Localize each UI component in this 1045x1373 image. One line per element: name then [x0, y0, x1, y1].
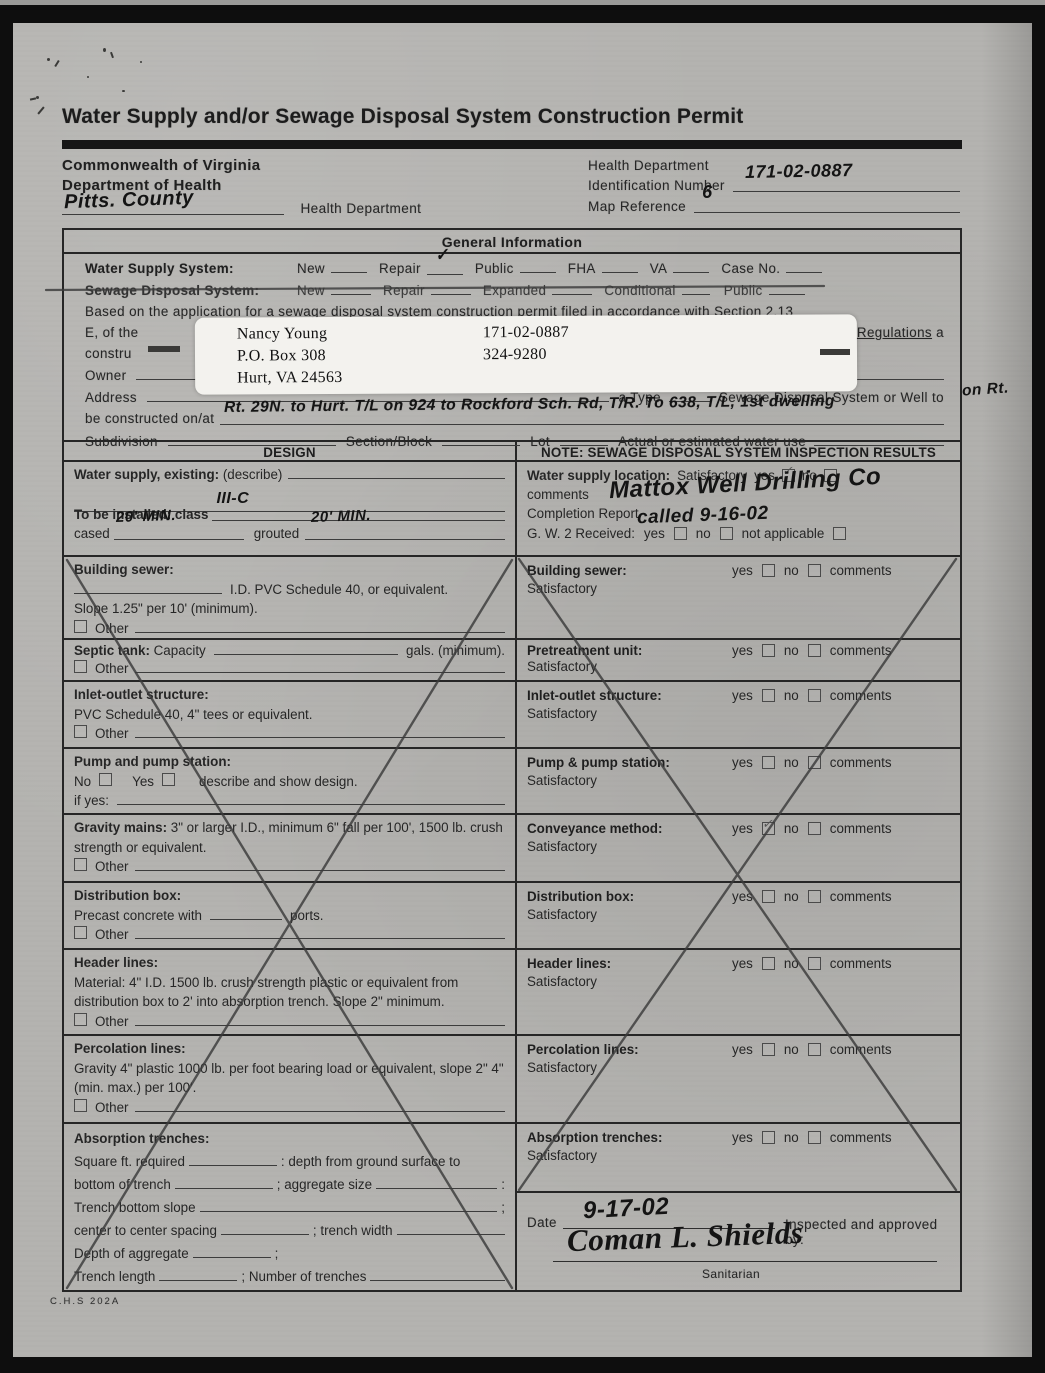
pump-describe-text: describe and show design.	[199, 772, 358, 792]
inspection-row-title: Absorption trenches:	[527, 1130, 723, 1145]
date-signature-subcell: Date 9-17-02 Inspected and approved by: …	[517, 1193, 960, 1291]
general-information-title: General Information	[64, 230, 960, 254]
inspection-distribution-cell: Distribution box: yes no comments Satisf…	[517, 883, 960, 948]
row-gravity-mains: Gravity mains: 3" or larger I.D., minimu…	[64, 815, 960, 883]
paragraph-text: a	[936, 325, 944, 340]
yes-label: yes	[732, 755, 753, 770]
paper-speck	[122, 90, 125, 92]
water-supply-system-label: Water Supply System:	[85, 261, 297, 276]
inlet-outlet-spec: PVC Schedule 40, 4" tees or equivalent.	[74, 705, 505, 725]
percolation-spec: Gravity 4" plastic 1000 lb. per foot bea…	[74, 1059, 505, 1098]
subdivision-label: Subdivision	[85, 434, 158, 449]
depth-aggregate-label: Depth of aggregate	[74, 1242, 189, 1265]
constructed-at-label: be constructed on/at	[85, 411, 214, 426]
trench-length-blank[interactable]	[159, 1268, 237, 1281]
yes-checkbox[interactable]	[762, 1131, 775, 1144]
design-inlet-outlet-cell: Inlet-outlet structure: PVC Schedule 40,…	[64, 682, 517, 747]
paper-speck	[140, 61, 142, 63]
local-health-dept-line: Pitts. County Health Department	[62, 200, 492, 218]
comments-label: comments	[830, 643, 892, 658]
yes-label: Yes	[132, 772, 154, 792]
row-water-supply: Water supply, existing: (describe) To be…	[64, 462, 960, 557]
other-checkbox[interactable]	[74, 1013, 87, 1026]
comments-label: comments	[830, 1130, 892, 1145]
no-label: no	[784, 643, 799, 658]
sticker-name: Nancy Young	[237, 325, 328, 343]
lot-blank[interactable]	[560, 433, 608, 446]
gravity-title: Gravity mains:	[74, 820, 167, 835]
option-new: New	[297, 261, 325, 276]
if-yes-label: if yes:	[74, 791, 109, 811]
scan-edge-strip	[0, 0, 1045, 5]
design-gravity-cell: Gravity mains: 3" or larger I.D., minimu…	[64, 815, 517, 881]
number-trenches-blank[interactable]	[370, 1268, 505, 1281]
address-label: Address	[85, 390, 137, 405]
no-label: No	[74, 772, 91, 792]
no-label: no	[696, 526, 711, 541]
yes-label: yes	[732, 563, 753, 578]
header-lines-spec: Material: 4" I.D. 1500 lb. crush strengt…	[74, 973, 505, 1012]
no-checkbox[interactable]	[808, 822, 821, 835]
gw2-na-checkbox[interactable]	[833, 527, 846, 540]
inspection-row-title: Building sewer:	[527, 563, 723, 578]
satisfactory-label: Satisfactory	[517, 836, 960, 857]
repair-blank[interactable]	[431, 282, 471, 295]
row-pump-station: Pump and pump station: NoYesdescribe and…	[64, 749, 960, 815]
approved-by-label: Inspected and approved by:	[785, 1217, 960, 1247]
absorption-title: Absorption trenches:	[74, 1131, 209, 1146]
ports-label: ports.	[290, 906, 324, 926]
subdivision-blank[interactable]	[168, 433, 336, 446]
map-reference-label: Map Reference	[588, 199, 686, 214]
hw-cased-value: 20' MIN.	[115, 506, 176, 528]
inspection-row-title: Inlet-outlet structure:	[527, 688, 723, 703]
redaction-dash	[820, 349, 850, 355]
no-checkbox[interactable]	[808, 564, 821, 577]
design-absorption-cell: Absorption trenches: Square ft. required…	[64, 1124, 517, 1291]
owner-label: Owner	[85, 368, 126, 383]
map-reference-line: Map Reference 6	[588, 199, 960, 214]
completion-report-label: Completion Report	[527, 506, 639, 521]
other-label: Other	[95, 724, 129, 744]
design-distribution-cell: Distribution box: Precast concrete withp…	[64, 883, 517, 948]
other-blank[interactable]	[135, 1099, 506, 1112]
scanned-permit-page: Water Supply and/or Sewage Disposal Syst…	[0, 0, 1045, 1373]
paragraph-text: E, of the	[85, 325, 138, 340]
other-label: Other	[95, 1098, 129, 1118]
row-percolation-lines: Percolation lines: Gravity 4" plastic 10…	[64, 1036, 960, 1124]
capacity-blank[interactable]	[214, 642, 398, 655]
if-yes-blank[interactable]	[117, 792, 505, 805]
option-repair: Repair	[379, 261, 421, 276]
option-repair: Repair	[383, 283, 425, 298]
other-label: Other	[95, 1012, 129, 1032]
hw-repair-check: ✓	[434, 244, 451, 266]
comments-label: comments	[527, 487, 589, 502]
sticker-phone-number: 324-9280	[483, 346, 547, 364]
no-label: no	[784, 1130, 799, 1145]
no-checkbox[interactable]	[808, 1043, 821, 1056]
grouted-label: grouted	[254, 524, 299, 544]
other-checkbox[interactable]	[74, 660, 87, 673]
no-label: no	[784, 889, 799, 904]
other-checkbox[interactable]	[74, 926, 87, 939]
constructed-at-row: be constructed on/at Rt. 29N. to Hurt. T…	[64, 411, 960, 426]
no-label: no	[784, 688, 799, 703]
inspection-row-title: Distribution box:	[527, 889, 723, 904]
sewage-disposal-system-row: Sewage Disposal System: New Repair Expan…	[64, 282, 960, 298]
section-block-label: Section/Block	[346, 434, 432, 449]
yes-checkbox[interactable]	[762, 957, 775, 970]
expanded-blank[interactable]	[552, 282, 592, 295]
satisfactory-label: Satisfactory	[517, 1145, 960, 1166]
yes-label: yes	[732, 1042, 753, 1057]
no-checkbox[interactable]	[808, 890, 821, 903]
row-header-lines: Header lines: Material: 4" I.D. 1500 lb.…	[64, 950, 960, 1036]
inspection-row-title: Pump & pump station:	[527, 755, 723, 770]
other-checkbox[interactable]	[74, 725, 87, 738]
sewage-disposal-system-label: Sewage Disposal System:	[85, 283, 297, 298]
row-distribution-box: Distribution box: Precast concrete withp…	[64, 883, 960, 950]
option-conditional: Conditional	[604, 283, 675, 298]
no-label: no	[784, 956, 799, 971]
yes-label: yes	[732, 956, 753, 971]
number-trenches-label: ; Number of trenches	[241, 1265, 366, 1288]
inspection-row-title: Header lines:	[527, 956, 723, 971]
grouted-blank[interactable]	[305, 527, 505, 540]
inspection-building-sewer-cell: Building sewer: yes no comments Satisfac…	[517, 557, 960, 638]
cased-label: cased	[74, 524, 110, 544]
satisfactory-label: Satisfactory	[517, 971, 960, 992]
title-rule-bar	[62, 140, 962, 149]
hw-grouted-value: 20' MIN.	[311, 506, 372, 528]
header-lines-title: Header lines:	[74, 955, 158, 970]
fha-blank[interactable]	[602, 260, 638, 273]
aggregate-size-label: ; aggregate size	[277, 1173, 372, 1196]
option-case-no: Case No.	[721, 261, 780, 276]
satisfactory-label: Satisfactory	[517, 1057, 960, 1078]
design-water-supply-cell: Water supply, existing: (describe) To be…	[64, 462, 517, 555]
other-label: Other	[95, 925, 129, 945]
semicolon: ;	[501, 1196, 505, 1219]
sqft-blank[interactable]	[189, 1153, 277, 1166]
form-code: C.H.S 202A	[50, 1296, 120, 1307]
new-blank[interactable]	[331, 260, 367, 273]
sqft-label: Square ft. required	[74, 1150, 185, 1173]
no-label: no	[784, 1042, 799, 1057]
hw-id-number: 171-02-0887	[745, 160, 853, 183]
option-public: Public	[724, 283, 763, 298]
inspection-water-location-cell: Water supply location: Satisfactory yes …	[517, 462, 960, 555]
design-percolation-cell: Percolation lines: Gravity 4" plastic 10…	[64, 1036, 517, 1122]
comments-label: comments	[830, 821, 892, 836]
capacity-label: Capacity	[154, 642, 206, 660]
design-septic-tank-cell: Septic tank: Capacitygals. (minimum). Ot…	[64, 640, 517, 680]
inspection-pump-cell: Pump & pump station: yes no comments Sat…	[517, 749, 960, 813]
design-building-sewer-cell: Building sewer: I.D. PVC Schedule 40, or…	[64, 557, 517, 638]
not-applicable-label: not applicable	[742, 526, 825, 541]
water-use-label: Actual or estimated water use	[618, 434, 806, 449]
satisfactory-label: Satisfactory	[517, 703, 960, 724]
date-label: Date	[527, 1215, 557, 1230]
yes-label: yes	[732, 643, 753, 658]
paper-speck	[47, 58, 50, 61]
trench-width-blank[interactable]	[397, 1222, 505, 1235]
other-checkbox[interactable]	[74, 620, 87, 633]
other-blank[interactable]	[135, 620, 506, 633]
address-sticker: Nancy Young P.O. Box 308 Hurt, VA 24563 …	[195, 314, 857, 394]
satisfactory-label: Satisfactory	[517, 578, 960, 599]
yes-checkbox[interactable]	[762, 644, 775, 657]
other-checkbox[interactable]	[74, 858, 87, 871]
satisfactory-label: Satisfactory	[517, 658, 960, 677]
aggregate-size-blank[interactable]	[376, 1176, 497, 1189]
water-supply-system-row: Water Supply System: New Repair ✓ Public…	[64, 260, 960, 276]
gals-label: gals. (minimum).	[406, 642, 505, 660]
satisfactory-label: Satisfactory	[517, 904, 960, 925]
yes-checkbox[interactable]	[762, 890, 775, 903]
building-sewer-spec: I.D. PVC Schedule 40, or equivalent.	[230, 580, 448, 600]
yes-checkbox[interactable]	[762, 689, 775, 702]
pump-yes-checkbox[interactable]	[162, 773, 175, 786]
depth-aggregate-blank[interactable]	[193, 1245, 271, 1258]
inspection-row-title: Conveyance method:	[527, 821, 723, 836]
no-checkbox[interactable]	[808, 1131, 821, 1144]
redaction-dash	[148, 346, 180, 352]
map-reference-blank[interactable]	[694, 200, 960, 213]
depth-label: : depth from ground surface to	[281, 1150, 460, 1173]
section-block-blank[interactable]	[442, 433, 520, 446]
option-public: Public	[475, 261, 514, 276]
describe-label: (describe)	[223, 465, 283, 485]
comments-label: comments	[830, 563, 892, 578]
check-mark-icon: ✓	[762, 816, 773, 832]
inspection-conveyance-cell: Conveyance method: yes ✓ no comments Sat…	[517, 815, 960, 881]
hd-right-title: Health Department	[588, 158, 709, 173]
comments-label: comments	[830, 956, 892, 971]
other-label: Other	[95, 660, 129, 678]
yes-checkbox[interactable]	[762, 1043, 775, 1056]
design-header-lines-cell: Header lines: Material: 4" I.D. 1500 lb.…	[64, 950, 517, 1034]
inspection-pretreatment-cell: Pretreatment unit: yes no comments Satis…	[517, 640, 960, 680]
option-va: VA	[650, 261, 668, 276]
comments-label: comments	[830, 688, 892, 703]
inspection-row-title: Pretreatment unit:	[527, 643, 723, 658]
gw2-yes-checkbox[interactable]	[674, 527, 687, 540]
va-blank[interactable]	[673, 260, 709, 273]
building-sewer-title: Building sewer:	[74, 562, 174, 577]
existing-label: Water supply, existing:	[74, 465, 219, 485]
conditional-blank[interactable]	[682, 282, 710, 295]
hw-class-value: III-C	[216, 489, 249, 509]
option-expanded: Expanded	[483, 283, 547, 298]
comments-label: comments	[830, 1042, 892, 1057]
row-building-sewer: Building sewer: I.D. PVC Schedule 40, or…	[64, 557, 960, 640]
signature-blank[interactable]	[553, 1261, 937, 1262]
paper-speck	[36, 96, 39, 99]
yes-label: yes	[732, 821, 753, 836]
option-fha: FHA	[568, 261, 596, 276]
paper-speck	[87, 76, 89, 78]
other-blank[interactable]	[135, 926, 506, 939]
water-use-blank[interactable]	[814, 433, 944, 446]
bottom-trench-label: bottom of trench	[74, 1173, 171, 1196]
inspection-row-title: Percolation lines:	[527, 1042, 723, 1057]
septic-tank-title: Septic tank:	[74, 642, 150, 660]
sticker-id-number: 171-02-0887	[483, 324, 569, 342]
no-checkbox[interactable]	[808, 689, 821, 702]
hw-map-reference: 6	[702, 182, 713, 203]
no-label: no	[784, 821, 799, 836]
trench-width-label: ; trench width	[313, 1219, 393, 1242]
yes-checkbox[interactable]: ✓	[762, 822, 775, 835]
identification-number-line: Identification Number 171-02-0887	[588, 178, 960, 193]
bottom-trench-blank[interactable]	[175, 1176, 273, 1189]
semicolon: ;	[275, 1242, 279, 1265]
row-septic-tank: Septic tank: Capacitygals. (minimum). Ot…	[64, 640, 960, 682]
inspection-absorption-and-signoff-cell: Absorption trenches: yes no comments Sat…	[517, 1124, 960, 1291]
yes-label: yes	[732, 1130, 753, 1145]
paper-speck	[103, 48, 106, 52]
comments-label: comments	[830, 755, 892, 770]
sticker-address-line1: P.O. Box 308	[237, 347, 326, 365]
no-label: no	[784, 755, 799, 770]
satisfactory-label: Satisfactory	[517, 770, 960, 791]
other-blank[interactable]	[135, 660, 506, 673]
sanitarian-label: Sanitarian	[702, 1267, 760, 1281]
slope-spec: Slope 1.25" per 10' (minimum).	[74, 599, 505, 619]
public-blank[interactable]	[520, 260, 556, 273]
other-blank[interactable]	[135, 725, 506, 738]
distribution-title: Distribution box:	[74, 888, 181, 903]
subdivision-row: Subdivision Section/Block Lot Actual or …	[64, 433, 960, 449]
no-checkbox[interactable]	[808, 756, 821, 769]
new-blank[interactable]	[331, 282, 371, 295]
sticker-address-line2: Hurt, VA 24563	[237, 369, 342, 388]
trench-bottom-slope-blank[interactable]	[200, 1199, 498, 1212]
center-spacing-label: center to center spacing	[74, 1219, 217, 1242]
yes-label: yes	[732, 889, 753, 904]
other-checkbox[interactable]	[74, 1099, 87, 1112]
hw-sanitarian-signature: Coman L. Shields	[566, 1215, 803, 1259]
inspection-absorption-subcell: Absorption trenches: yes no comments Sat…	[517, 1124, 960, 1193]
colon: :	[501, 1173, 505, 1196]
gw2-no-checkbox[interactable]	[720, 527, 733, 540]
other-blank[interactable]	[135, 1013, 506, 1026]
trench-length-label: Trench length	[74, 1265, 155, 1288]
no-label: no	[784, 563, 799, 578]
hw-route-overflow: on Rt.	[961, 379, 1009, 400]
yes-checkbox[interactable]	[762, 756, 775, 769]
pump-no-checkbox[interactable]	[99, 773, 112, 786]
inspection-header-lines-cell: Header lines: yes no comments Satisfacto…	[517, 950, 960, 1034]
hw-county-name: Pitts. County	[64, 187, 195, 215]
no-checkbox[interactable]	[808, 644, 821, 657]
other-blank[interactable]	[135, 858, 506, 871]
ports-blank[interactable]	[210, 907, 282, 920]
design-pump-cell: Pump and pump station: NoYesdescribe and…	[64, 749, 517, 813]
inlet-outlet-title: Inlet-outlet structure:	[74, 687, 209, 702]
comments-label: comments	[830, 889, 892, 904]
inspection-percolation-cell: Percolation lines: yes no comments Satis…	[517, 1036, 960, 1122]
center-spacing-blank[interactable]	[221, 1222, 309, 1235]
other-label: Other	[95, 857, 129, 877]
page-title: Water Supply and/or Sewage Disposal Syst…	[62, 105, 743, 129]
other-label: Other	[95, 619, 129, 639]
gw2-label: G. W. 2 Received:	[527, 526, 635, 541]
cased-blank[interactable]	[114, 527, 244, 540]
yes-checkbox[interactable]	[762, 564, 775, 577]
commonwealth-label: Commonwealth of Virginia	[62, 157, 261, 174]
health-department-label: Health Department	[300, 201, 421, 216]
lot-label: Lot	[530, 434, 550, 449]
yes-label: yes	[732, 688, 753, 703]
option-new: New	[297, 283, 325, 298]
precast-label: Precast concrete with	[74, 906, 202, 926]
hw-completion-report: called 9-16-02	[637, 503, 769, 530]
row-absorption-trenches: Absorption trenches: Square ft. required…	[64, 1124, 960, 1291]
inspection-inlet-outlet-cell: Inlet-outlet structure: yes no comments …	[517, 682, 960, 747]
paragraph-text: constru	[85, 346, 132, 361]
pump-title: Pump and pump station:	[74, 754, 231, 769]
public-blank[interactable]	[769, 282, 805, 295]
trench-bottom-slope-label: Trench bottom slope	[74, 1196, 196, 1219]
id-blank[interactable]	[74, 581, 222, 594]
case-no-blank[interactable]	[786, 260, 822, 273]
existing-blank[interactable]	[288, 466, 505, 479]
no-checkbox[interactable]	[808, 957, 821, 970]
percolation-title: Percolation lines:	[74, 1041, 186, 1056]
row-inlet-outlet: Inlet-outlet structure: PVC Schedule 40,…	[64, 682, 960, 749]
